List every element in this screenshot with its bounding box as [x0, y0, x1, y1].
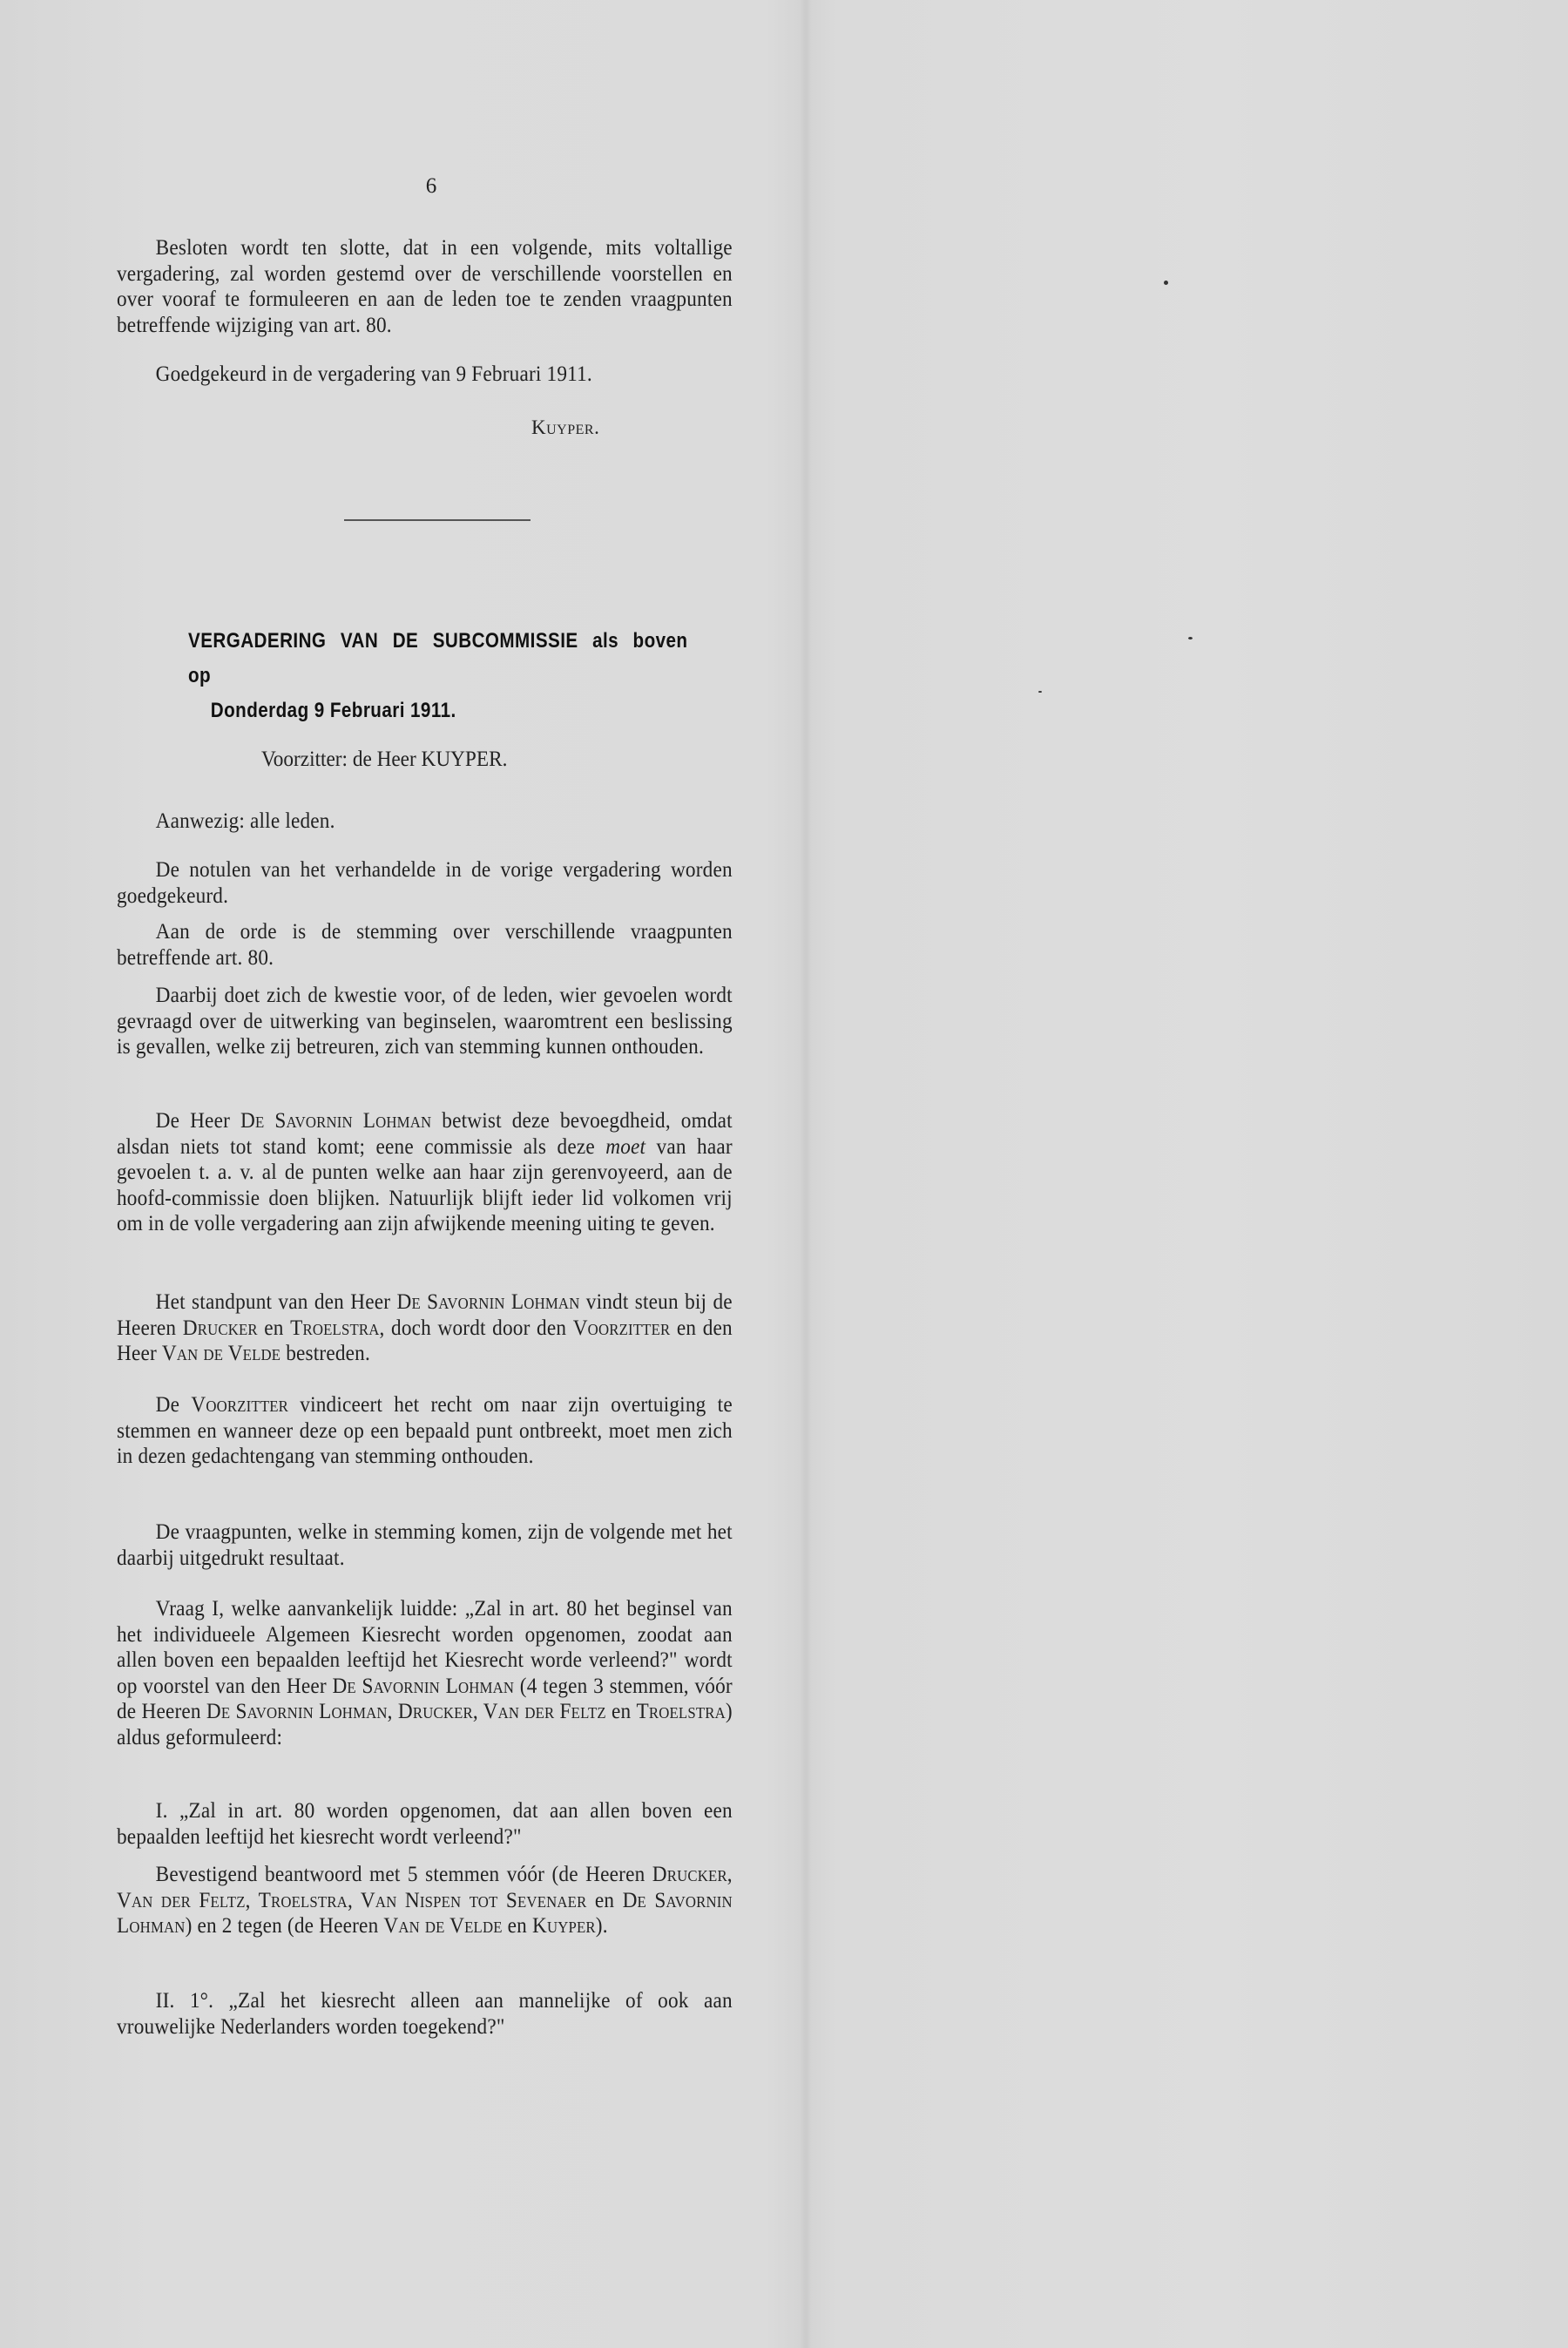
approval-text: Goedgekeurd in de vergadering van 9 Febr… [117, 362, 733, 388]
intro-paragraph: Besloten wordt ten slotte, dat in een vo… [117, 235, 733, 338]
person-name: De Savornin Lohman [240, 1109, 431, 1133]
heading-line-1: VERGADERING VAN DE SUBCOMMISSIE als bove… [188, 624, 698, 694]
text-run: ). [596, 1914, 608, 1938]
meeting-heading: VERGADERING VAN DE SUBCOMMISSIE als bove… [188, 624, 698, 728]
text-run: en [612, 1700, 631, 1723]
agenda-paragraph: Aan de orde is de stemming over verschil… [117, 919, 733, 971]
person-name: De Savornin Lohman [396, 1290, 579, 1314]
page-number: 6 [418, 174, 444, 199]
standpoint-text: Het standpunt van den Heer De Savornin L… [117, 1289, 733, 1367]
signature: Kuyper. [531, 416, 599, 439]
person-name: De Savornin Lohman, Drucker, Van der Fel… [206, 1700, 606, 1723]
question-1-original-text: Vraag I, welke aanvankelijk luidde: „Zal… [117, 1596, 733, 1750]
lohman-paragraph: De Heer De Savornin Lohman betwist deze … [117, 1108, 733, 1237]
question-2-paragraph: II. 1°. „Zal het kiesrecht alleen aan ma… [117, 1988, 733, 2040]
text-run: Het standpunt van den Heer [156, 1290, 391, 1314]
person-name: Voorzitter [573, 1316, 671, 1340]
questions-intro-text: De vraagpunten, welke in stemming komen,… [117, 1519, 733, 1571]
text-run: en [595, 1889, 614, 1912]
text-run: , doch wordt door den [380, 1316, 567, 1340]
question-1-original-paragraph: Vraag I, welke aanvankelijk luidde: „Zal… [117, 1596, 733, 1750]
chair-position-text: De Voorzitter vindiceert het recht om na… [117, 1392, 733, 1470]
text-run: Bevestigend beantwoord met 5 stemmen vóó… [156, 1863, 645, 1886]
minutes-paragraph: De notulen van het verhandelde in de vor… [117, 857, 733, 909]
person-name: Van de Velde [162, 1342, 280, 1365]
present-text: Aanwezig: alle leden. [117, 809, 733, 835]
result-1-paragraph: Bevestigend beantwoord met 5 stemmen vóó… [117, 1862, 733, 1939]
person-name: Drucker [183, 1316, 258, 1340]
section-divider [344, 519, 531, 521]
text-run: De Heer [156, 1109, 230, 1133]
agenda-text: Aan de orde is de stemming over verschil… [117, 919, 733, 971]
chair-line: Voorzitter: de Heer KUYPER. [261, 748, 507, 772]
person-name: Kuyper [532, 1914, 596, 1938]
text-run: ) en 2 tegen (de Heeren [186, 1914, 379, 1938]
heading-caps: VERGADERING VAN DE SUBCOMMISSIE [188, 629, 578, 653]
person-name: Troelstra [290, 1316, 379, 1340]
chair-position-paragraph: De Voorzitter vindiceert het recht om na… [117, 1392, 733, 1470]
standpoint-paragraph: Het standpunt van den Heer De Savornin L… [117, 1289, 733, 1367]
question-1-text: I. „Zal in art. 80 worden opgenomen, dat… [117, 1798, 733, 1850]
person-name: De Savornin Lohman [332, 1675, 514, 1698]
minutes-text: De notulen van het verhandelde in de vor… [117, 857, 733, 909]
approval-line: Goedgekeurd in de vergadering van 9 Febr… [117, 362, 733, 388]
question-1-paragraph: I. „Zal in art. 80 worden opgenomen, dat… [117, 1798, 733, 1850]
dust-speck [1164, 281, 1168, 285]
result-1-text: Bevestigend beantwoord met 5 stemmen vóó… [117, 1862, 733, 1939]
question-abstain-paragraph: Daarbij doet zich de kwestie voor, of de… [117, 983, 733, 1060]
page-fold [800, 0, 812, 2348]
text-run: en [264, 1316, 283, 1340]
text-run: bestreden. [286, 1342, 370, 1365]
heading-line-2: Donderdag 9 Februari 1911. [188, 694, 698, 728]
questions-intro-paragraph: De vraagpunten, welke in stemming komen,… [117, 1519, 733, 1571]
person-name: Voorzitter [191, 1393, 288, 1417]
emphasis: moet [605, 1135, 645, 1159]
dust-speck [1038, 691, 1042, 693]
intro-text: Besloten wordt ten slotte, dat in een vo… [117, 235, 733, 338]
person-name: Van de Velde [383, 1914, 502, 1938]
text-run: en [508, 1914, 527, 1938]
right-page-blank [806, 0, 1568, 2348]
text-run: De [156, 1393, 179, 1417]
dust-speck [1188, 637, 1193, 639]
person-name: Troelstra [636, 1700, 725, 1723]
abstain-text: Daarbij doet zich de kwestie voor, of de… [117, 983, 733, 1060]
lohman-text: De Heer De Savornin Lohman betwist deze … [117, 1108, 733, 1237]
question-2-text: II. 1°. „Zal het kiesrecht alleen aan ma… [117, 1988, 733, 2040]
present-paragraph: Aanwezig: alle leden. [117, 809, 733, 835]
